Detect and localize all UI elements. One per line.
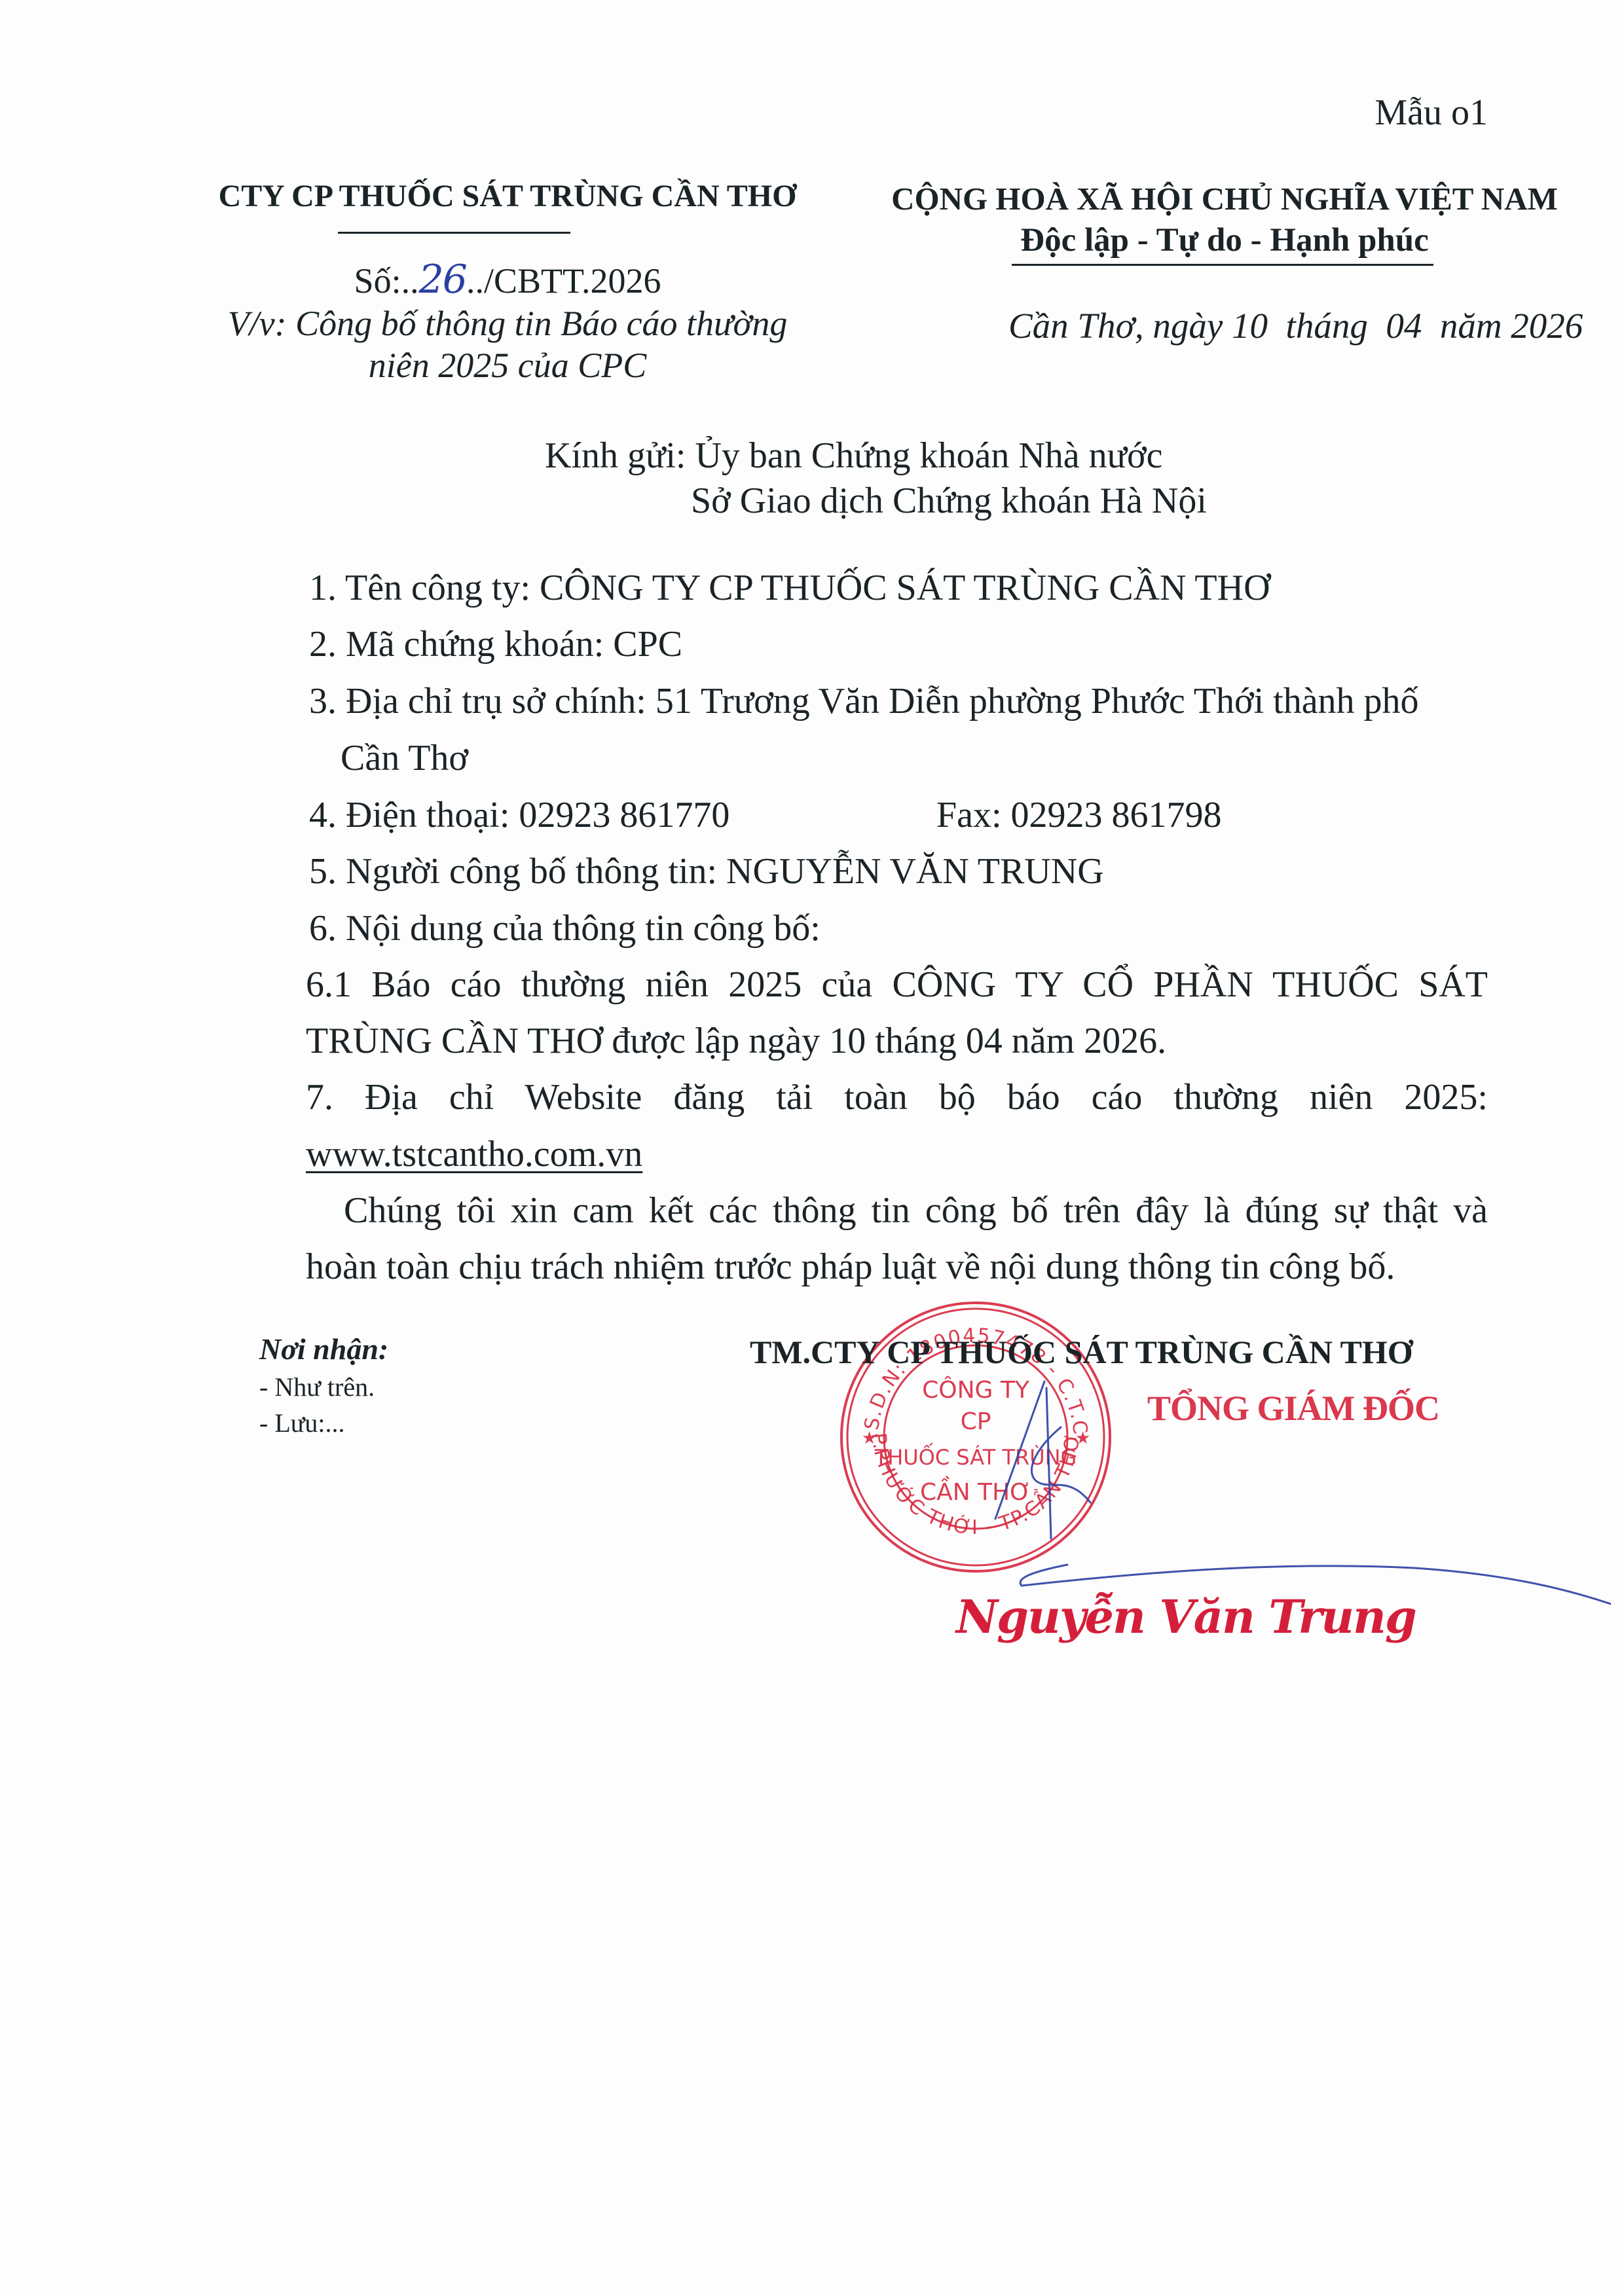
motto-underline	[1012, 264, 1433, 266]
signer-name: Nguyễn Văn Trung	[956, 1590, 1416, 1644]
distribution-item: - Lưu:...	[259, 1408, 345, 1438]
doc-number-handwritten: 26	[419, 257, 466, 302]
national-title: CỘNG HOÀ XÃ HỘI CHỦ NGHĨA VIỆT NAM	[864, 180, 1585, 217]
item-website-label: 7. Địa chỉ Website đăng tải toàn bộ báo …	[306, 1079, 1488, 1116]
item-content-6-1: 6.1 Báo cáo thường niên 2025 của CÔNG TY…	[306, 966, 1488, 1003]
commitment-line-2: hoàn toàn chịu trách nhiệm trước pháp lu…	[306, 1248, 1395, 1285]
commitment-line-1: Chúng tôi xin cam kết các thông tin công…	[344, 1192, 1488, 1229]
item-address: 3. Địa chỉ trụ sở chính: 51 Trương Văn D…	[309, 683, 1419, 720]
stamp-inner-3: THUỐC SÁT TRÙNG	[874, 1442, 1077, 1470]
item-fax: Fax: 02923 861798	[936, 797, 1222, 833]
sender-org-name: CTY CP THUỐC SÁT TRÙNG CẦN THƠ	[196, 178, 819, 214]
place-and-date: Cần Thơ, ngày 10 tháng 04 năm 2026	[1008, 305, 1583, 346]
subject-line-1: V/v: Công bố thông tin Báo cáo thường	[196, 302, 819, 344]
stamp-inner-2: CP	[961, 1408, 991, 1435]
recipients: Kính gửi: Ủy ban Chứng khoán Nhà nước	[545, 437, 1162, 474]
form-number: Mẫu o1	[1375, 92, 1488, 134]
website-link[interactable]: www.tstcantho.com.vn	[306, 1136, 642, 1173]
item-company-name: 1. Tên công ty: CÔNG TY CP THUỐC SÁT TRÙ…	[309, 570, 1270, 606]
item-stock-code: 2. Mã chứng khoán: CPC	[309, 626, 682, 663]
distribution-item: - Như trên.	[259, 1372, 375, 1402]
header-divider	[338, 232, 570, 234]
item-content-6-1-cont: TRÙNG CẦN THƠ được lập ngày 10 tháng 04 …	[306, 1023, 1166, 1059]
stamp-inner-1: CÔNG TY	[922, 1376, 1030, 1404]
recipient-1: Ủy ban Chứng khoán Nhà nước	[695, 435, 1162, 476]
doc-number-prefix: Số:	[354, 261, 401, 301]
signature-org: TM.CTY CP THUỐC SÁT TRÙNG CẦN THƠ	[750, 1333, 1413, 1371]
recipient-2: Sở Giao dịch Chứng khoán Hà Nội	[691, 483, 1207, 519]
stamp-inner-4: CẦN THƠ	[920, 1476, 1031, 1506]
doc-number-suffix: ../CBTT.2026	[466, 261, 661, 301]
item-discloser: 5. Người công bố thông tin: NGUYỄN VĂN T…	[309, 853, 1104, 890]
item-address-cont: Cần Thơ	[341, 740, 468, 776]
national-motto: Độc lập - Tự do - Hạnh phúc	[864, 221, 1585, 259]
document-subject: V/v: Công bố thông tin Báo cáo thường ni…	[196, 302, 819, 386]
recipients-label: Kính gửi:	[545, 435, 686, 476]
stamp-star-right: ★	[1075, 1429, 1090, 1448]
item-content-label: 6. Nội dung của thông tin công bố:	[309, 910, 821, 947]
signer-title: TỔNG GIÁM ĐỐC	[1147, 1388, 1439, 1429]
doc-number-dots: ..	[401, 261, 419, 301]
item-phone: 4. Điện thoại: 02923 861770	[309, 797, 729, 833]
document-number: Số:..26../CBTT.2026	[196, 257, 819, 302]
subject-line-2: niên 2025 của CPC	[196, 344, 819, 386]
distribution-title: Nơi nhận:	[259, 1332, 388, 1366]
